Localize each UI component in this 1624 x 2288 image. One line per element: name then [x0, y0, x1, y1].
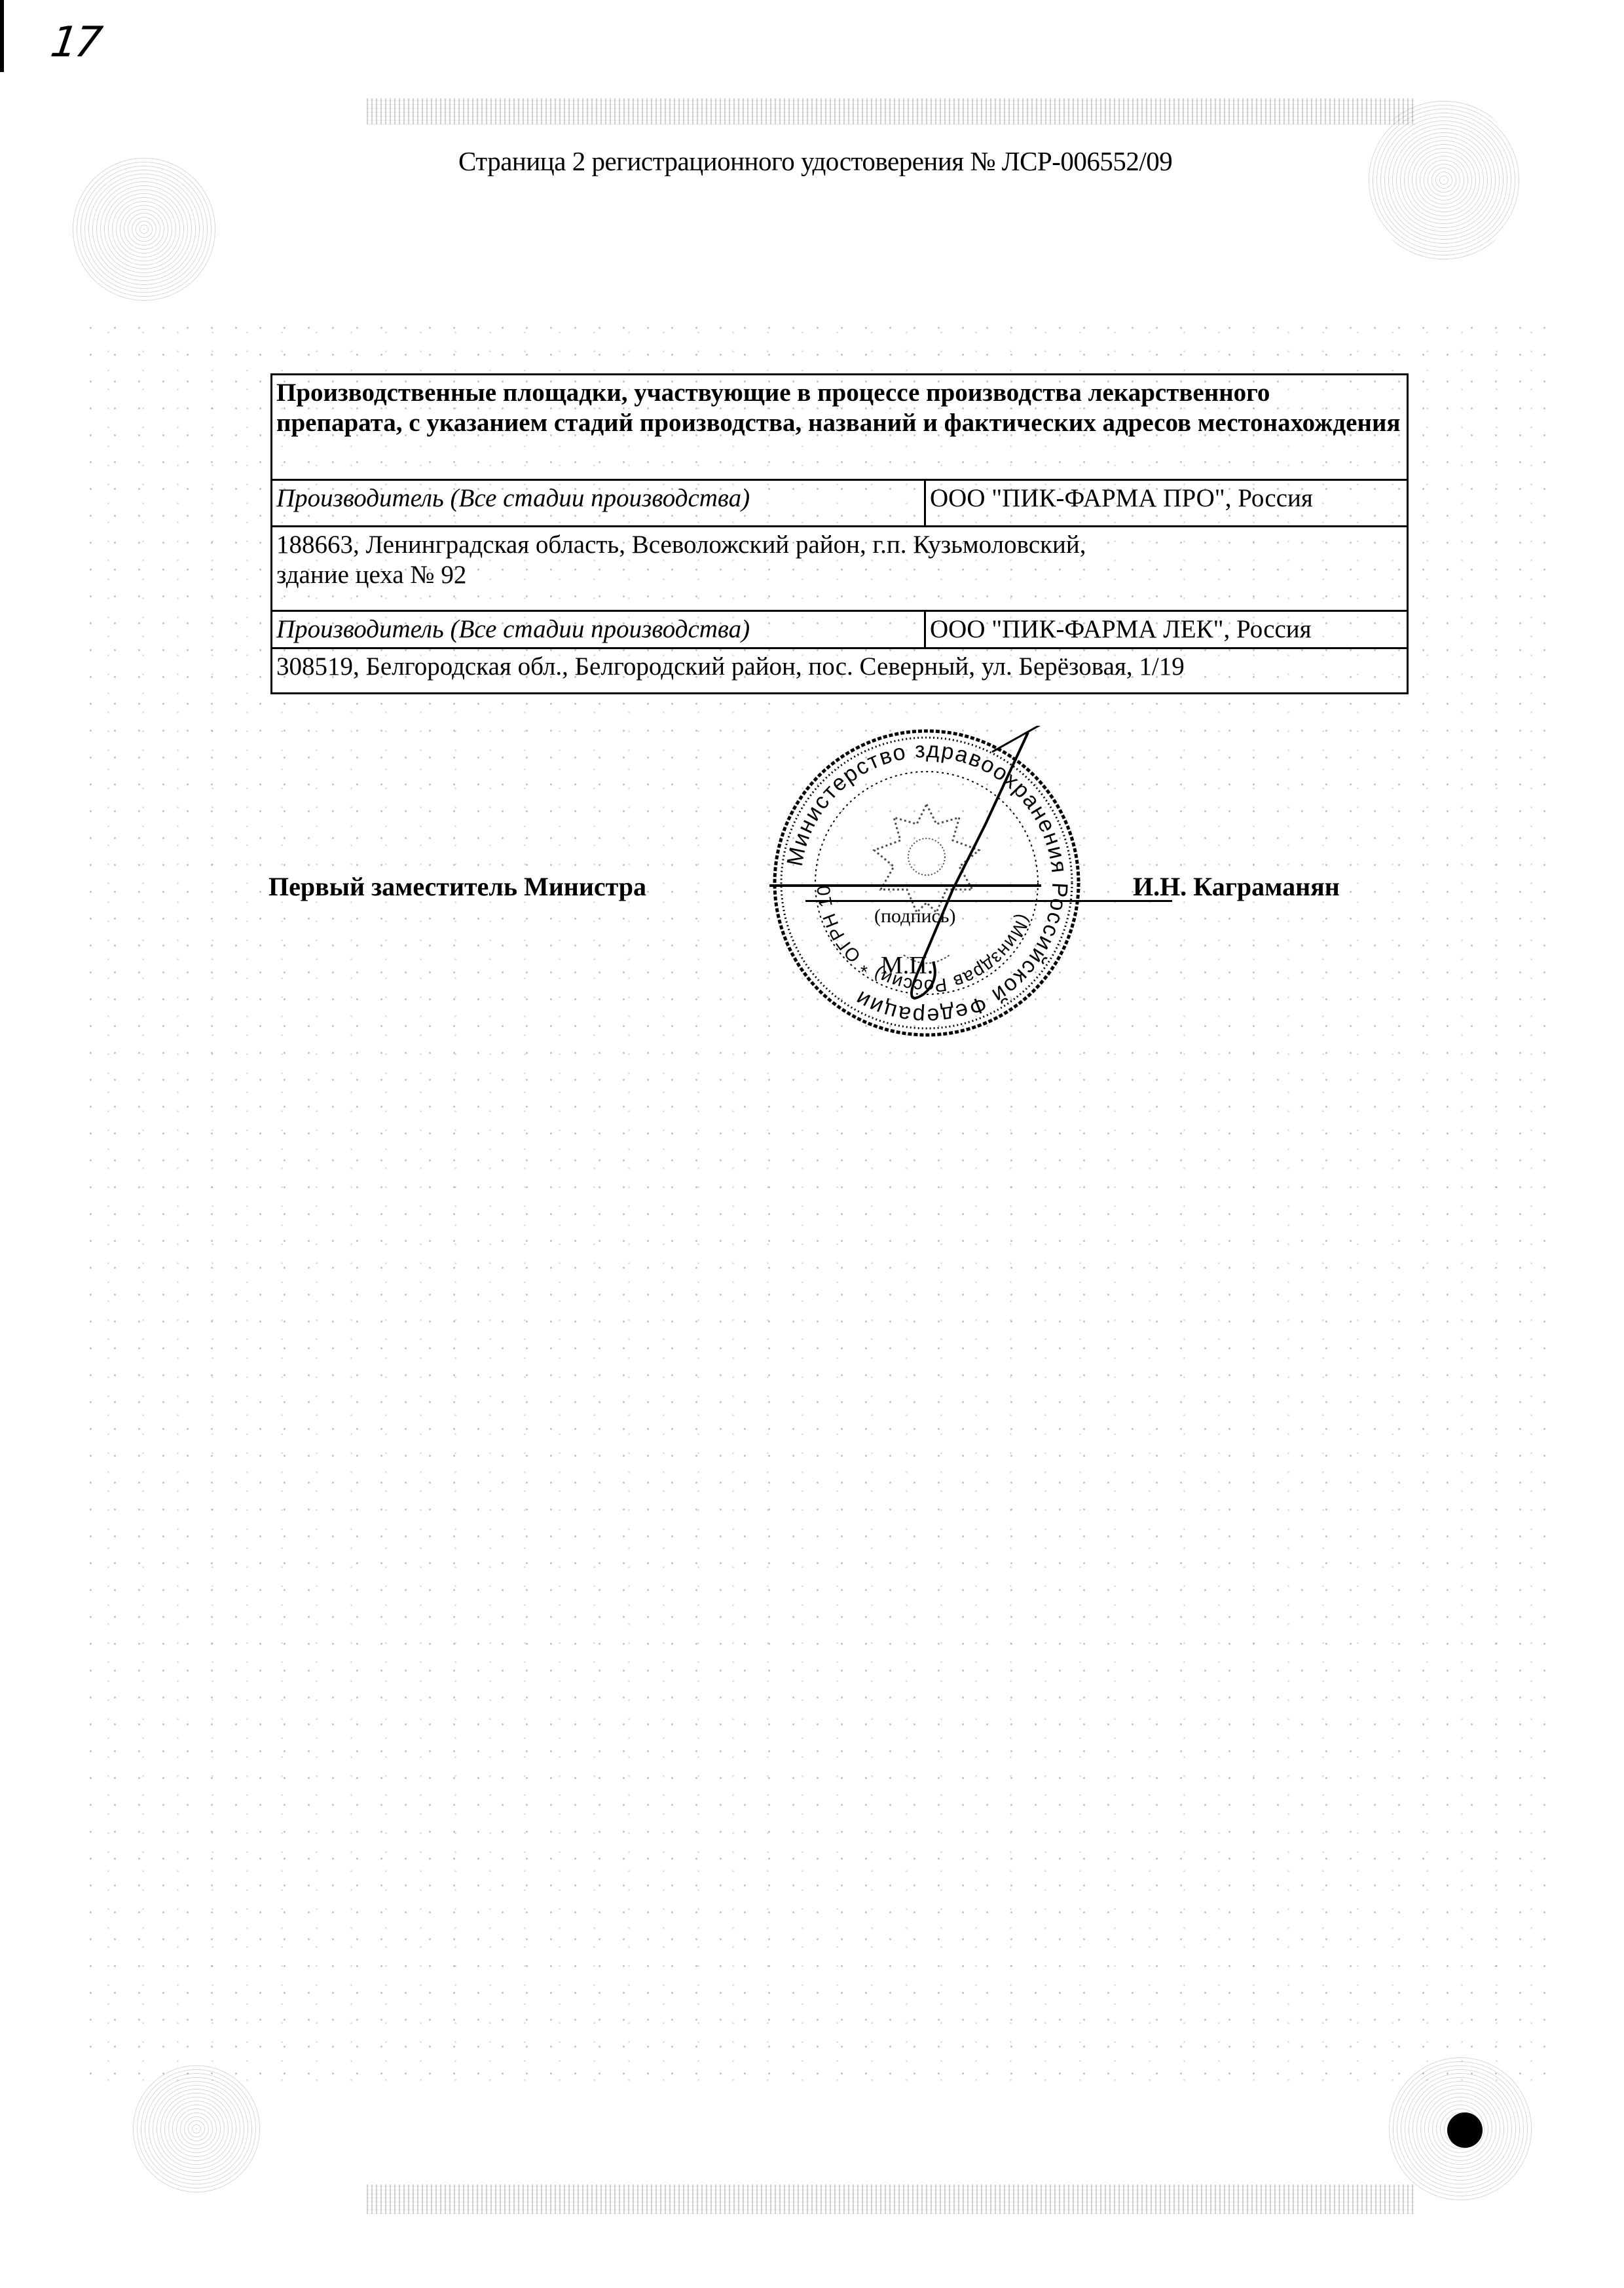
- production-sites-table: Производственные площадки, участвующие в…: [270, 373, 1409, 694]
- seal-icon: Министерство здравоохранения Российской …: [769, 726, 1084, 1040]
- table-header-row: Производственные площадки, участвующие в…: [272, 375, 1408, 480]
- manufacturer-role: Производитель (Все стадии производства): [272, 611, 925, 648]
- table-row-manufacturer: Производитель (Все стадии производства) …: [272, 480, 1408, 527]
- manufacturer-role: Производитель (Все стадии производства): [272, 480, 925, 527]
- handwritten-page-number: 17: [48, 18, 103, 67]
- punch-hole-mark: [1447, 2112, 1483, 2148]
- page-title: Страница 2 регистрационного удостоверени…: [458, 145, 1172, 177]
- table-row-address: 188663, Ленинградская область, Всеволожс…: [272, 527, 1408, 611]
- table-row-address: 308519, Белгородская обл., Белгородский …: [272, 648, 1408, 694]
- rosette-top-right: [1369, 98, 1519, 262]
- scan-edge: [0, 0, 4, 72]
- official-seal-stamp: Министерство здравоохранения Российской …: [769, 726, 1084, 1040]
- coat-of-arms-icon: [874, 804, 979, 964]
- table-header-cell: Производственные площадки, участвующие в…: [272, 375, 1408, 480]
- signatory-name: И.Н. Каграманян: [1133, 871, 1340, 902]
- security-band-top: [367, 98, 1414, 124]
- signatory-position: Первый заместитель Министра: [268, 871, 646, 902]
- manufacturer-address: 308519, Белгородская обл., Белгородский …: [272, 648, 1408, 694]
- table-row-manufacturer: Производитель (Все стадии производства) …: [272, 611, 1408, 648]
- manufacturer-company: ООО "ПИК-ФАРМА ПРО", Россия: [925, 480, 1408, 527]
- manufacturer-company: ООО "ПИК-ФАРМА ЛЕК", Россия: [925, 611, 1408, 648]
- rosette-top-left: [72, 157, 216, 301]
- rosette-bottom-left: [131, 2063, 262, 2194]
- manufacturer-address: 188663, Ленинградская область, Всеволожс…: [272, 527, 1408, 611]
- security-band-bottom: [367, 2185, 1414, 2214]
